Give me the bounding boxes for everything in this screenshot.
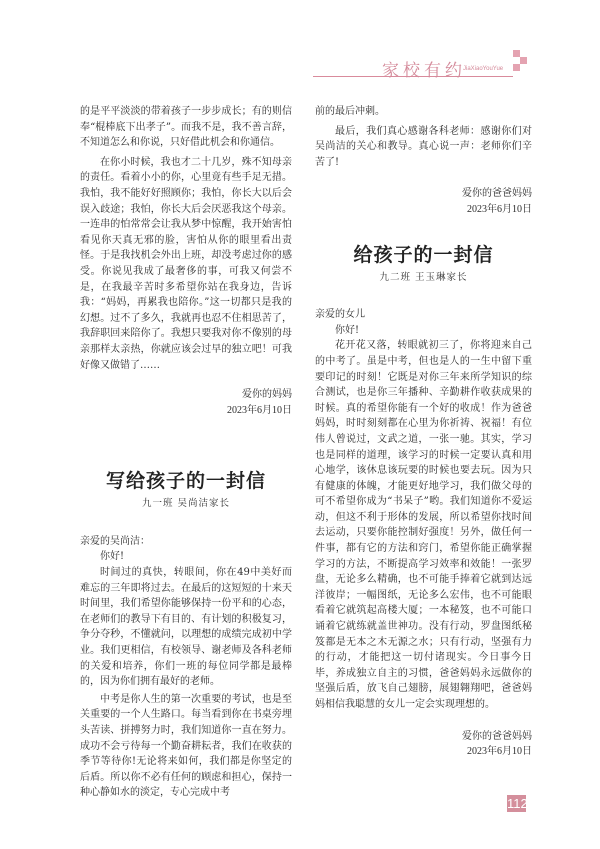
- paragraph: 的是平平淡淡的带着孩子一步步成长；有的则信奉“棍棒底下出孝子”。而我不是，我不善…: [80, 104, 292, 151]
- signature: 爱你的爸爸妈妈: [315, 186, 532, 202]
- page-number: 112: [507, 795, 526, 812]
- letter-2: 写给孩子的一封信 九一班 吴尚洁家长 亲爱的吴尚洁： 你好! 时间过的真快，转眼…: [80, 468, 292, 801]
- date: 2023年6月10日: [80, 403, 292, 419]
- letter-byline: 九一班 吴尚洁家长: [80, 496, 292, 512]
- salutation: 亲爱的女儿: [315, 307, 532, 323]
- decor-square-icon: [520, 57, 527, 64]
- signature: 爱你的妈妈: [80, 387, 292, 403]
- greeting: 你好!: [80, 549, 292, 565]
- date: 2023年6月10日: [315, 744, 532, 760]
- decor-square-icon: [513, 64, 520, 71]
- paragraph: 花开花又落，转眼就初三了，你将迎来自己的中考了。虽是中考，但也是人的一生中留下重…: [315, 338, 532, 712]
- right-column: 前的最后冲刺。 最后，我们真心感谢各科老师：感谢你们对吴尚洁的关心和教导。真心说…: [315, 104, 532, 760]
- letter-title: 给孩子的一封信: [315, 242, 532, 268]
- left-column: 的是平平淡淡的带着孩子一步步成长；有的则信奉“棍棒底下出孝子”。而我不是，我不善…: [80, 104, 292, 801]
- signature: 爱你的爸爸妈妈: [315, 729, 532, 745]
- paragraph: 中考是你人生的第一次重要的考试，也是至关重要的一个人生路口。每当看到你在书桌旁埋…: [80, 692, 292, 801]
- paragraph: 前的最后冲刺。: [315, 104, 532, 120]
- section-title: 家校有约: [382, 56, 466, 81]
- letter-title: 写给孩子的一封信: [80, 468, 292, 494]
- decor-square-icon: [513, 50, 520, 57]
- section-pinyin: JiaXiaoYouYue: [463, 66, 503, 72]
- page-header: 家校有约 JiaXiaoYouYue: [0, 0, 600, 90]
- date: 2023年6月10日: [315, 202, 532, 218]
- paragraph: 在你小时候，我也才二十几岁，殊不知母亲的责任。看着小小的你，心里竟有些手足无措。…: [80, 155, 292, 373]
- paragraph: 时间过的真快，转眼间，你在49中美好而难忘的三年即将过去。在最后的这短短的十来天…: [80, 565, 292, 690]
- letter-3: 给孩子的一封信 九二班 王玉琳家长 亲爱的女儿 你好! 花开花又落，转眼就初三了…: [315, 242, 532, 760]
- greeting: 你好!: [315, 323, 532, 339]
- paragraph: 最后，我们真心感谢各科老师：感谢你们对吴尚洁的关心和教导。真心说一声：老师你们辛…: [315, 124, 532, 171]
- letter-byline: 九二班 王玉琳家长: [315, 270, 532, 286]
- salutation: 亲爱的吴尚洁：: [80, 534, 292, 550]
